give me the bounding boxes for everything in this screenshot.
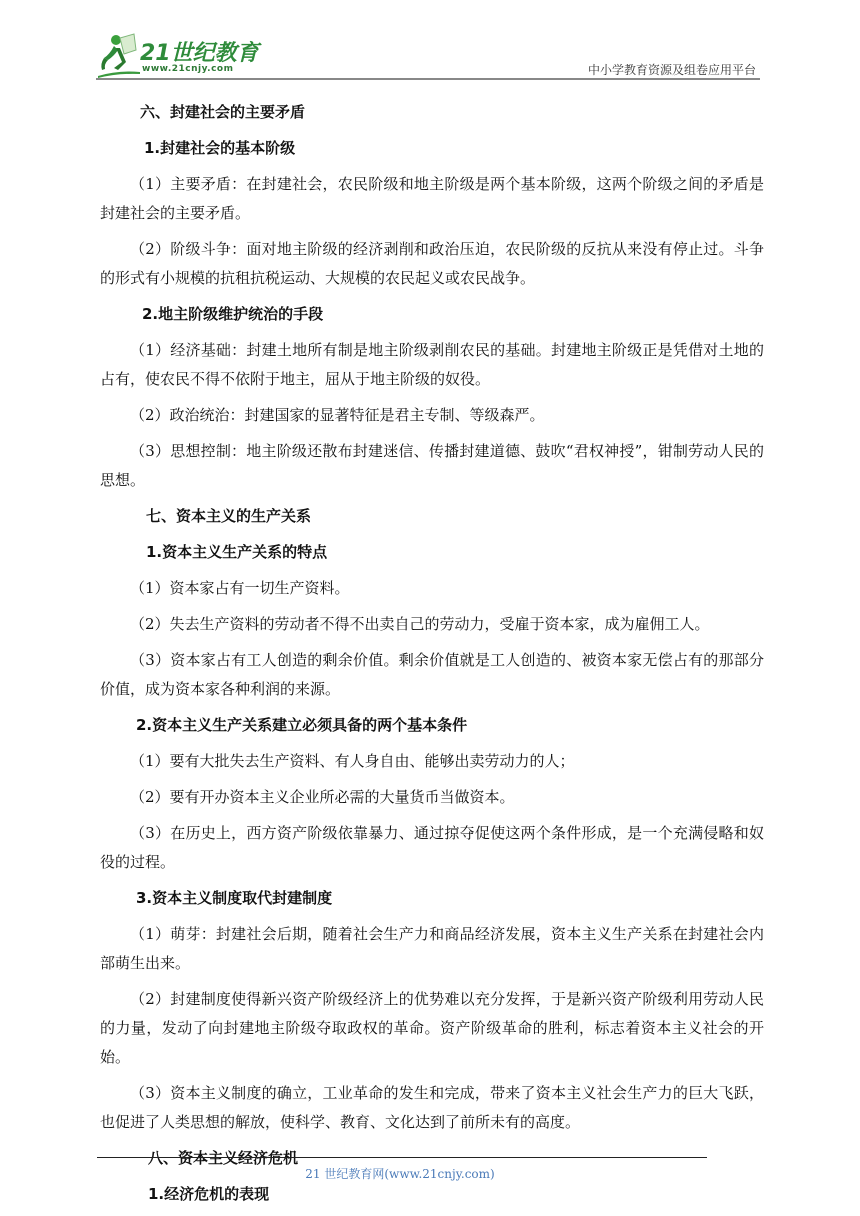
- page-header: 21世纪教育 www.21cnjy.com 中小学教育资源及组卷应用平台: [96, 28, 760, 80]
- paragraph: （3）在历史上，西方资产阶级依靠暴力、通过掠夺促使这两个条件形成，是一个充满侵略…: [100, 819, 764, 877]
- subsection-heading: 1.经济危机的表现: [100, 1180, 764, 1209]
- header-divider: [96, 78, 760, 80]
- paragraph: （1）萌芽：封建社会后期，随着社会生产力和商品经济发展，资本主义生产关系在封建社…: [100, 920, 764, 978]
- paragraph: （2）要有开办资本主义企业所必需的大量货币当做资本。: [100, 783, 764, 812]
- paragraph: （1）资本家占有一切生产资料。: [100, 574, 764, 603]
- footer-text: 21 世纪教育网(www.21cnjy.com): [0, 1165, 800, 1182]
- logo-title: 21世纪教育: [140, 36, 259, 67]
- paragraph: （1）主要矛盾：在封建社会，农民阶级和地主阶级是两个基本阶级，这两个阶级之间的矛…: [100, 170, 764, 228]
- paragraph: （3）资本家占有工人创造的剩余价值。剩余价值就是工人创造的、被资本家无偿占有的那…: [100, 646, 764, 704]
- document-body: 六、封建社会的主要矛盾1.封建社会的基本阶级（1）主要矛盾：在封建社会，农民阶级…: [100, 98, 764, 1216]
- paragraph: （2）失去生产资料的劳动者不得不出卖自己的劳动力，受雇于资本家，成为雇佣工人。: [100, 610, 764, 639]
- footer-divider: [97, 1157, 707, 1158]
- subsection-heading: 3.资本主义制度取代封建制度: [100, 884, 764, 913]
- paragraph: （1）经济基础：封建土地所有制是地主阶级剥削农民的基础。封建地主阶级正是凭借对土…: [100, 336, 764, 394]
- platform-tagline: 中小学教育资源及组卷应用平台: [588, 61, 756, 78]
- paragraph: （2）封建制度使得新兴资产阶级经济上的优势难以充分发挥，于是新兴资产阶级利用劳动…: [100, 985, 764, 1072]
- section-heading: 六、封建社会的主要矛盾: [100, 98, 764, 127]
- section-heading: 七、资本主义的生产关系: [100, 502, 764, 531]
- subsection-heading: 1.资本主义生产关系的特点: [100, 538, 764, 567]
- runner-logo-icon: [96, 32, 140, 78]
- logo-url: www.21cnjy.com: [142, 64, 234, 74]
- paragraph: （3）思想控制：地主阶级还散布封建迷信、传播封建道德、鼓吹“君权神授”，钳制劳动…: [100, 437, 764, 495]
- subsection-heading: 1.封建社会的基本阶级: [100, 134, 764, 163]
- paragraph: （3）资本主义制度的确立，工业革命的发生和完成，带来了资本主义社会生产力的巨大飞…: [100, 1079, 764, 1137]
- paragraph: （2）阶级斗争：面对地主阶级的经济剥削和政治压迫，农民阶级的反抗从来没有停止过。…: [100, 235, 764, 293]
- logo: 21世纪教育 www.21cnjy.com: [96, 28, 266, 78]
- paragraph: （2）政治统治：封建国家的显著特征是君主专制、等级森严。: [100, 401, 764, 430]
- subsection-heading: 2.资本主义生产关系建立必须具备的两个基本条件: [100, 711, 764, 740]
- paragraph: （1）要有大批失去生产资料、有人身自由、能够出卖劳动力的人；: [100, 747, 764, 776]
- subsection-heading: 2.地主阶级维护统治的手段: [100, 300, 764, 329]
